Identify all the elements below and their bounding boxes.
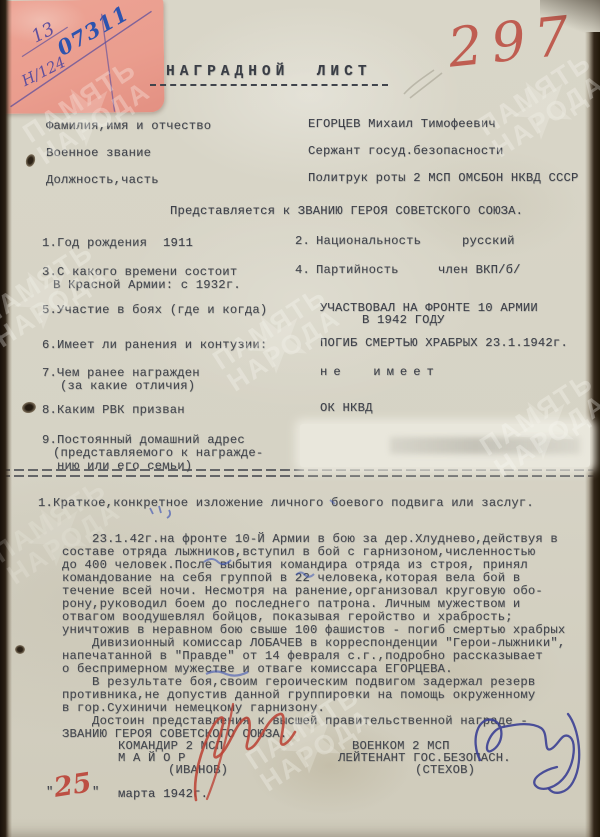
date-close-quote: " [92, 786, 100, 799]
commissar-signature-ink [549, 714, 579, 793]
document-title: НАГРАДНОЙ ЛИСТ [150, 64, 388, 86]
item-3-label-line2: В Красной Армии: с 1932г. [53, 279, 241, 292]
field-value-position: Политрук роты 2 МСП ОМСБОН НКВД СССР [308, 172, 579, 185]
item-6-label: Имеет ли ранения и контузии: [57, 339, 267, 352]
item-7-label-line2: (за какие отличия) [60, 380, 195, 393]
field-value-rank: Сержант госуд.безопасности [308, 145, 503, 158]
presentation-line: Представляется к ЗВАНИЮ ГЕРОЯ СОВЕТСКОГО… [170, 205, 523, 218]
item-1-value: 1911 [163, 237, 193, 250]
field-label-position: Должность,часть [46, 174, 159, 187]
item-2-number: 2. [295, 235, 310, 248]
section-divider [0, 469, 600, 480]
item-6-value: ПОГИБ СМЕРТЬЮ ХРАБРЫХ 23.1.1942г. [320, 337, 568, 350]
item-8-value: ОК НКВД [320, 402, 373, 415]
scan-edge-top-right [540, 0, 600, 34]
date-month-year: марта 1942г. [118, 788, 208, 801]
commander-name: (ИВАНОВ) [168, 764, 228, 777]
field-label-rank: Военное звание [46, 147, 151, 160]
date-day-handwritten: 25 [52, 767, 94, 803]
item-4-label: Партийность [316, 264, 399, 277]
redacted-address-area [300, 424, 590, 467]
section-heading: 1.Краткое,конкретное изложение личного б… [38, 497, 534, 510]
field-value-name: ЕГОРЦЕВ Михаил Тимофеевич [308, 118, 496, 131]
scan-edge-left [0, 0, 12, 837]
item-1-label: Год рождения [57, 237, 147, 250]
item-4-value: член ВКП/б/ [438, 264, 521, 277]
item-7-value: не имеет [320, 366, 440, 379]
item-1-number: 1. [42, 237, 57, 250]
date-open-quote: " [46, 786, 54, 799]
item-8-number: 8. [42, 404, 57, 417]
sticker-ink-strokes [1, 0, 164, 114]
item-2-value: русский [462, 235, 515, 248]
paper-hole [21, 401, 37, 415]
archive-sticker: 13 Н/124 07311 [1, 0, 164, 114]
item-5-number: 5. [42, 304, 57, 317]
field-label-name: Фамилия,имя и отчество [46, 120, 211, 133]
paper-hole [15, 645, 25, 654]
item-4-number: 4. [295, 264, 310, 277]
award-sheet-document: ★ ПАМЯТЬ НАРОДА ★ ПАМЯТЬ НАРОДА ★ ПАМЯТЬ… [0, 0, 600, 837]
paper-hole [24, 153, 37, 168]
item-5-label: Участие в боях (где и когда) [57, 304, 267, 317]
item-6-number: 6. [42, 339, 57, 352]
commissar-name: (СТЕХОВ) [415, 764, 475, 777]
item-7-number: 7. [42, 367, 57, 380]
pencil-scribble [404, 70, 442, 98]
star-watermark-icon: ★ [0, 244, 96, 349]
item-2-label: Национальность [316, 235, 421, 248]
item-8-label: Каким РВК призван [57, 404, 185, 417]
item-5-value-line2: В 1942 ГОДУ [362, 314, 445, 327]
